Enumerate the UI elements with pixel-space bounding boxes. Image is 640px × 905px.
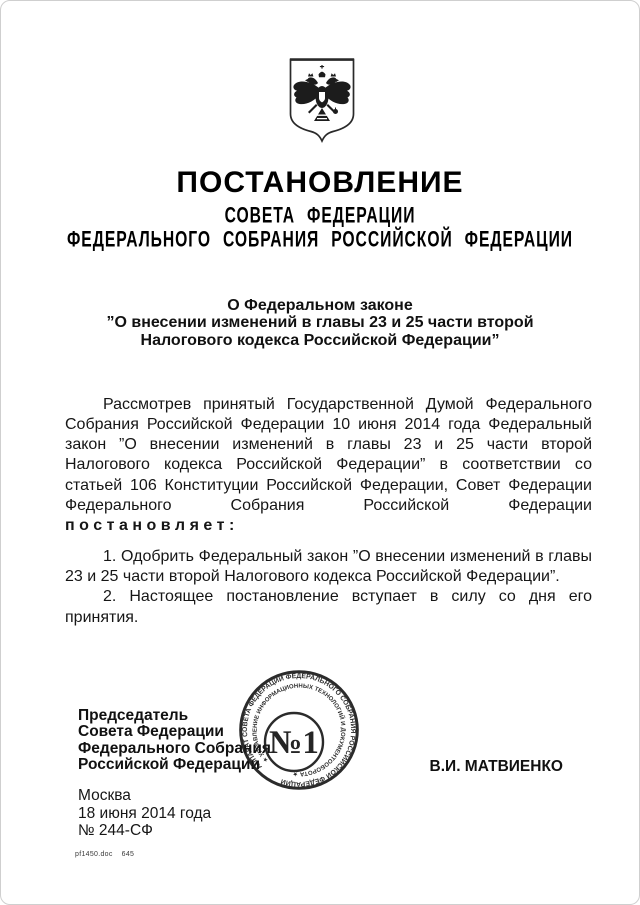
decree-page: ПОСТАНОВЛЕНИЕ СОВЕТА ФЕДЕРАЦИИ ФЕДЕРАЛЬН… xyxy=(0,0,640,905)
russia-coat-of-arms-icon xyxy=(288,57,356,145)
subject-line1: О Федеральном законе xyxy=(3,297,637,314)
resolution-item-1: 1. Одобрить Федеральный закон ”О внесени… xyxy=(65,547,592,587)
city: Москва xyxy=(78,787,211,805)
date: 18 июня 2014 года xyxy=(78,805,211,823)
document-subject: О Федеральном законе ”О внесении изменен… xyxy=(3,297,637,349)
subject-line2: ”О внесении изменений в главы 23 и 25 ча… xyxy=(3,314,637,331)
resolve-word: постановляет: xyxy=(65,517,239,534)
document-number: № 244-СФ xyxy=(78,822,211,840)
subject-line3: Налогового кодекса Российской Федерации” xyxy=(3,332,637,349)
preamble-paragraph: Рассмотрев принятый Государственной Думо… xyxy=(65,395,592,536)
document-body: Рассмотрев принятый Государственной Думо… xyxy=(65,395,592,628)
stamp-number: №1 xyxy=(269,725,319,761)
resolution-item-2: 2. Настоящее постановление вступает в си… xyxy=(65,587,592,627)
preamble-text: Рассмотрев принятый Государственной Думо… xyxy=(65,396,592,514)
org-name-line2: ФЕДЕРАЛЬНОГО СОБРАНИЯ РОССИЙСКОЙ ФЕДЕРАЦ… xyxy=(17,228,623,253)
place-date-number: Москва 18 июня 2014 года № 244-СФ xyxy=(78,787,211,840)
registration-stamp: АППАРАТ СОВЕТА ФЕДЕРАЦИИ ФЕДЕРАЛЬНОГО СО… xyxy=(237,668,361,792)
file-reference-page: 645 xyxy=(122,851,135,858)
org-name-line1: СОВЕТА ФЕДЕРАЦИИ xyxy=(17,204,623,229)
file-reference-name: pf1450.doc xyxy=(75,851,113,858)
signer-name: В.И. МАТВИЕНКО xyxy=(421,758,563,776)
document-kind-title: ПОСТАНОВЛЕНИЕ xyxy=(1,166,639,200)
file-reference: pf1450.doc645 xyxy=(75,851,143,858)
